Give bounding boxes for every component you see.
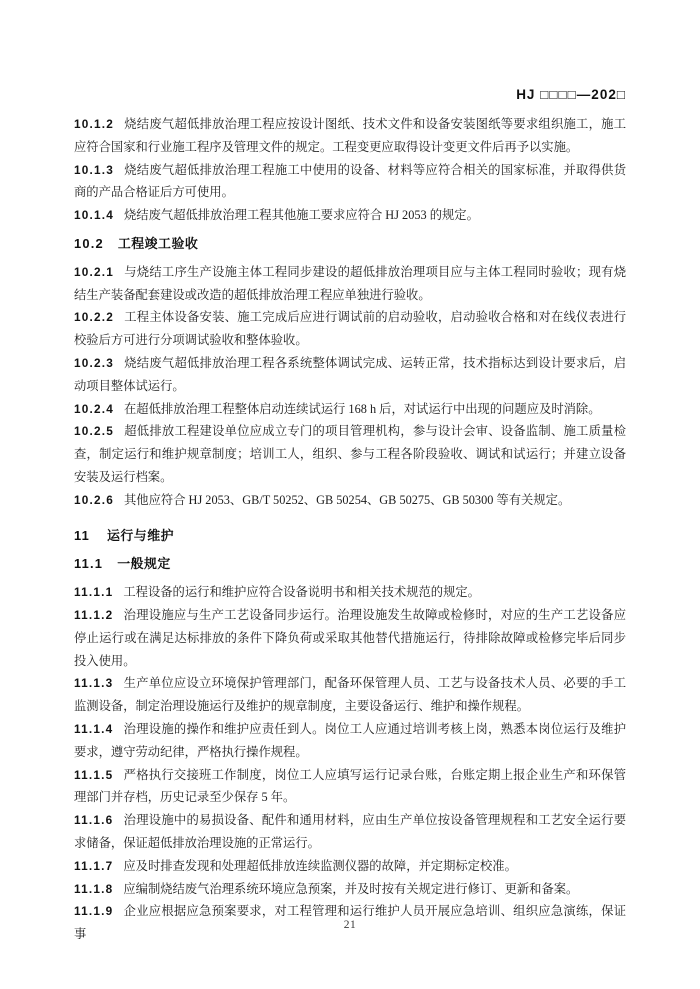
clause-number: 10.2.6 (74, 493, 114, 507)
clause-text: 生产单位应设立环境保护管理部门，配备环保管理人员、工艺与设备技术人员、必要的手工… (74, 676, 626, 713)
clause-number: 11.1.5 (74, 768, 113, 782)
document-page: HJ □□□□—202□ 10.1.2烧结废气超低排放治理工程应按设计图纸、技术… (0, 0, 700, 989)
clause-paragraph: 10.1.2烧结废气超低排放治理工程应按设计图纸、技术文件和设备安装图纸等要求组… (74, 113, 626, 159)
clause-text: 在超低排放治理工程整体启动连续试运行 168 h 后，对试运行中出现的问题应及时… (124, 402, 601, 416)
clause-paragraph: 10.2.6其他应符合 HJ 2053、GB/T 50252、GB 50254、… (74, 489, 626, 512)
clause-number: 10.2 (74, 236, 104, 251)
clause-number: 10.2.4 (74, 402, 114, 416)
page-header: HJ □□□□—202□ (74, 87, 626, 102)
clause-paragraph: 11.1.2治理设施应与生产工艺设备同步运行。治理设施发生故障或检修时，对应的生… (74, 604, 626, 672)
clause-paragraph: 10.2.5超低排放工程建设单位应成立专门的项目管理机构，参与设计会审、设备监制… (74, 420, 626, 488)
clause-paragraph: 10.2.3烧结废气超低排放治理工程各系统整体调试完成、运转正常，技术指标达到设… (74, 352, 626, 398)
clause-number: 11 (74, 528, 90, 543)
clause-number: 10.1.4 (74, 208, 114, 222)
clause-text: 烧结废气超低排放治理工程其他施工要求应符合 HJ 2053 的规定。 (124, 208, 479, 222)
clause-paragraph: 11.1.6治理设施中的易损设备、配件和通用材料，应由生产单位按设备管理规程和工… (74, 809, 626, 855)
clause-text: 烧结废气超低排放治理工程应按设计图纸、技术文件和设备安装图纸等要求组织施工，施工… (74, 117, 626, 154)
heading-text: 运行与维护 (107, 528, 174, 543)
clause-text: 其他应符合 HJ 2053、GB/T 50252、GB 50254、GB 502… (124, 493, 570, 507)
clause-text: 治理设施应与生产工艺设备同步运行。治理设施发生故障或检修时，对应的生产工艺设备应… (74, 608, 626, 668)
clause-text: 治理设施中的易损设备、配件和通用材料，应由生产单位按设备管理规程和工艺安全运行要… (74, 813, 626, 850)
clause-number: 11.1.7 (74, 859, 113, 873)
clause-paragraph: 11.1.1工程设备的运行和维护应符合设备说明书和相关技术规范的规定。 (74, 581, 626, 604)
page-number: 21 (344, 919, 357, 931)
heading-text: 一般规定 (117, 556, 171, 571)
clause-text: 治理设施的操作和维护应责任到人。岗位工人应通过培训考核上岗，熟悉本岗位运行及维护… (74, 722, 626, 759)
clause-paragraph: 10.1.3烧结废气超低排放治理工程施工中使用的设备、材料等应符合相关的国家标准… (74, 159, 626, 205)
clause-text: 应及时排查发现和处理超低排放连续监测仪器的故障，并定期标定校准。 (123, 859, 517, 873)
standard-code: HJ □□□□—202□ (516, 87, 626, 102)
clause-number: 11.1.4 (74, 722, 113, 736)
clause-paragraph: 10.2.1与烧结工序生产设施主体工程同步建设的超低排放治理项目应与主体工程同时… (74, 261, 626, 307)
clause-number: 10.2.5 (74, 424, 114, 438)
document-body: 10.1.2烧结废气超低排放治理工程应按设计图纸、技术文件和设备安装图纸等要求组… (74, 113, 626, 946)
clause-paragraph: 10.2.2工程主体设备安装、施工完成后应进行调试前的启动验收，启动验收合格和对… (74, 306, 626, 352)
clause-number: 11.1.9 (74, 904, 113, 918)
chapter-heading: 11运行与维护 (74, 525, 626, 548)
clause-number: 11.1.6 (74, 813, 113, 827)
clause-number: 10.2.1 (74, 265, 114, 279)
clause-text: 严格执行交接班工作制度，岗位工人应填写运行记录台账，台账定期上报企业生产和环保管… (74, 768, 626, 805)
clause-text: 烧结废气超低排放治理工程各系统整体调试完成、运转正常，技术指标达到设计要求后，启… (74, 356, 626, 393)
clause-text: 超低排放工程建设单位应成立专门的项目管理机构，参与设计会审、设备监制、施工质量检… (74, 424, 626, 484)
clause-number: 11.1.1 (74, 585, 113, 599)
clause-text: 工程设备的运行和维护应符合设备说明书和相关技术规范的规定。 (123, 585, 480, 599)
clause-paragraph: 11.1.5严格执行交接班工作制度，岗位工人应填写运行记录台账，台账定期上报企业… (74, 764, 626, 810)
clause-number: 10.1.3 (74, 163, 114, 177)
clause-number: 10.2.3 (74, 356, 114, 370)
clause-number: 10.1.2 (74, 117, 114, 131)
clause-number: 11.1.2 (74, 608, 113, 622)
clause-paragraph: 11.1.4治理设施的操作和维护应责任到人。岗位工人应通过培训考核上岗，熟悉本岗… (74, 718, 626, 764)
page-footer: 21 (0, 919, 700, 931)
clause-paragraph: 11.1.3生产单位应设立环境保护管理部门，配备环保管理人员、工艺与设备技术人员… (74, 672, 626, 718)
clause-paragraph: 11.1.7应及时排查发现和处理超低排放连续监测仪器的故障，并定期标定校准。 (74, 855, 626, 878)
clause-text: 工程主体设备安装、施工完成后应进行调试前的启动验收，启动验收合格和对在线仪表进行… (74, 310, 626, 347)
heading-text: 工程竣工验收 (118, 236, 198, 251)
clause-text: 应编制烧结废气治理系统环境应急预案，并及时按有关规定进行修订、更新和备案。 (123, 882, 578, 896)
clause-number: 11.1.8 (74, 882, 113, 896)
section-heading: 10.2工程竣工验收 (74, 233, 626, 256)
clause-paragraph: 10.2.4在超低排放治理工程整体启动连续试运行 168 h 后，对试运行中出现… (74, 398, 626, 421)
clause-number: 11.1.3 (74, 676, 113, 690)
clause-paragraph: 10.1.4烧结废气超低排放治理工程其他施工要求应符合 HJ 2053 的规定。 (74, 204, 626, 227)
clause-paragraph: 11.1.8应编制烧结废气治理系统环境应急预案，并及时按有关规定进行修订、更新和… (74, 878, 626, 901)
clause-number: 11.1 (74, 556, 103, 571)
section-heading: 11.1一般规定 (74, 553, 626, 576)
clause-text: 烧结废气超低排放治理工程施工中使用的设备、材料等应符合相关的国家标准，并取得供货… (74, 163, 626, 200)
clause-number: 10.2.2 (74, 310, 114, 324)
clause-text: 与烧结工序生产设施主体工程同步建设的超低排放治理项目应与主体工程同时验收；现有烧… (74, 265, 626, 302)
